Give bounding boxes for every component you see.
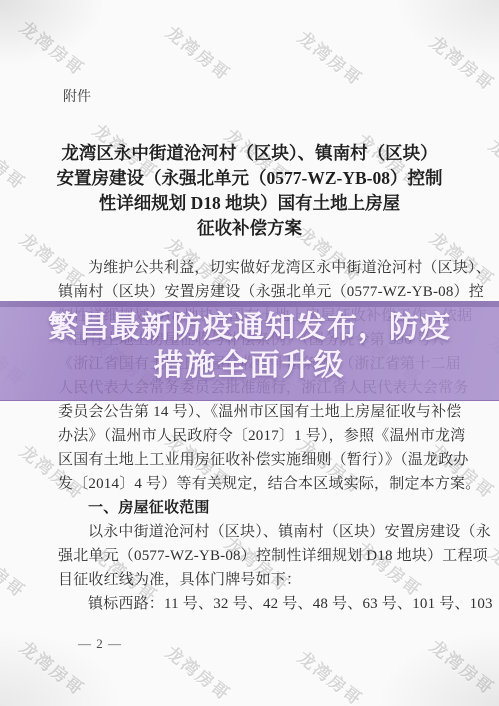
document-line: 目征收红线为准，具体门牌号如下： [58,568,462,592]
section-heading: 一、房屋征收范围 [58,496,462,520]
title-line: 性详细规划 D18 地块）国有土地上房屋 [38,191,461,216]
attachment-label: 附件 [63,86,91,106]
title-line: 龙湾区永中街道沧河村（区块）、镇南村（区块） [38,141,461,166]
document-scan-page: 龙湾房哥龙湾房哥龙湾房哥龙湾房哥龙湾房哥龙湾房哥龙湾房哥龙湾房哥龙湾房哥龙湾房哥… [0,0,499,706]
document-line: 委员会公告第 14 号）、《温州市区国有土地上房屋征收与补偿 [58,400,462,424]
document-line: 发〔2014〕4 号）等有关规定，结合本区域实际，制定本方案。 [58,472,462,496]
headline-line-1: 繁昌最新防疫通知发布，防疫 [0,309,499,347]
document-line: 强北单元（0577-WZ-YB-08）控制性详细规划 D18 地块）工程项 [58,544,462,568]
document-title: 龙湾区永中街道沧河村（区块）、镇南村（区块）安置房建设（永强北单元（0577-W… [38,141,461,241]
headline-text: 繁昌最新防疫通知发布，防疫 措施全面升级 [0,301,499,384]
page-number: — 2 — [58,636,142,652]
document-line: 为维护公共利益，切实做好龙湾区永中街道沧河村（区块）、 [58,256,462,280]
document-line: 办法》（温州市人民政府令〔2017〕1 号），参照《温州市龙湾 [58,424,462,448]
document-line: 以永中街道沧河村（区块）、镇南村（区块）安置房建设（永 [58,520,462,544]
document-line: 镇标西路：11 号、32 号、42 号、48 号、63 号、101 号、103 [58,592,462,616]
document-line: 区国有土地上工业用房征收补偿实施细则（暂行）》（温龙政办 [58,448,462,472]
headline-banner-overlay[interactable]: 繁昌最新防疫通知发布，防疫 措施全面升级 [0,301,499,401]
title-line: 安置房建设（永强北单元（0577-WZ-YB-08）控制 [38,166,461,191]
title-line: 征收补偿方案 [38,216,461,241]
headline-line-2: 措施全面升级 [0,347,499,384]
